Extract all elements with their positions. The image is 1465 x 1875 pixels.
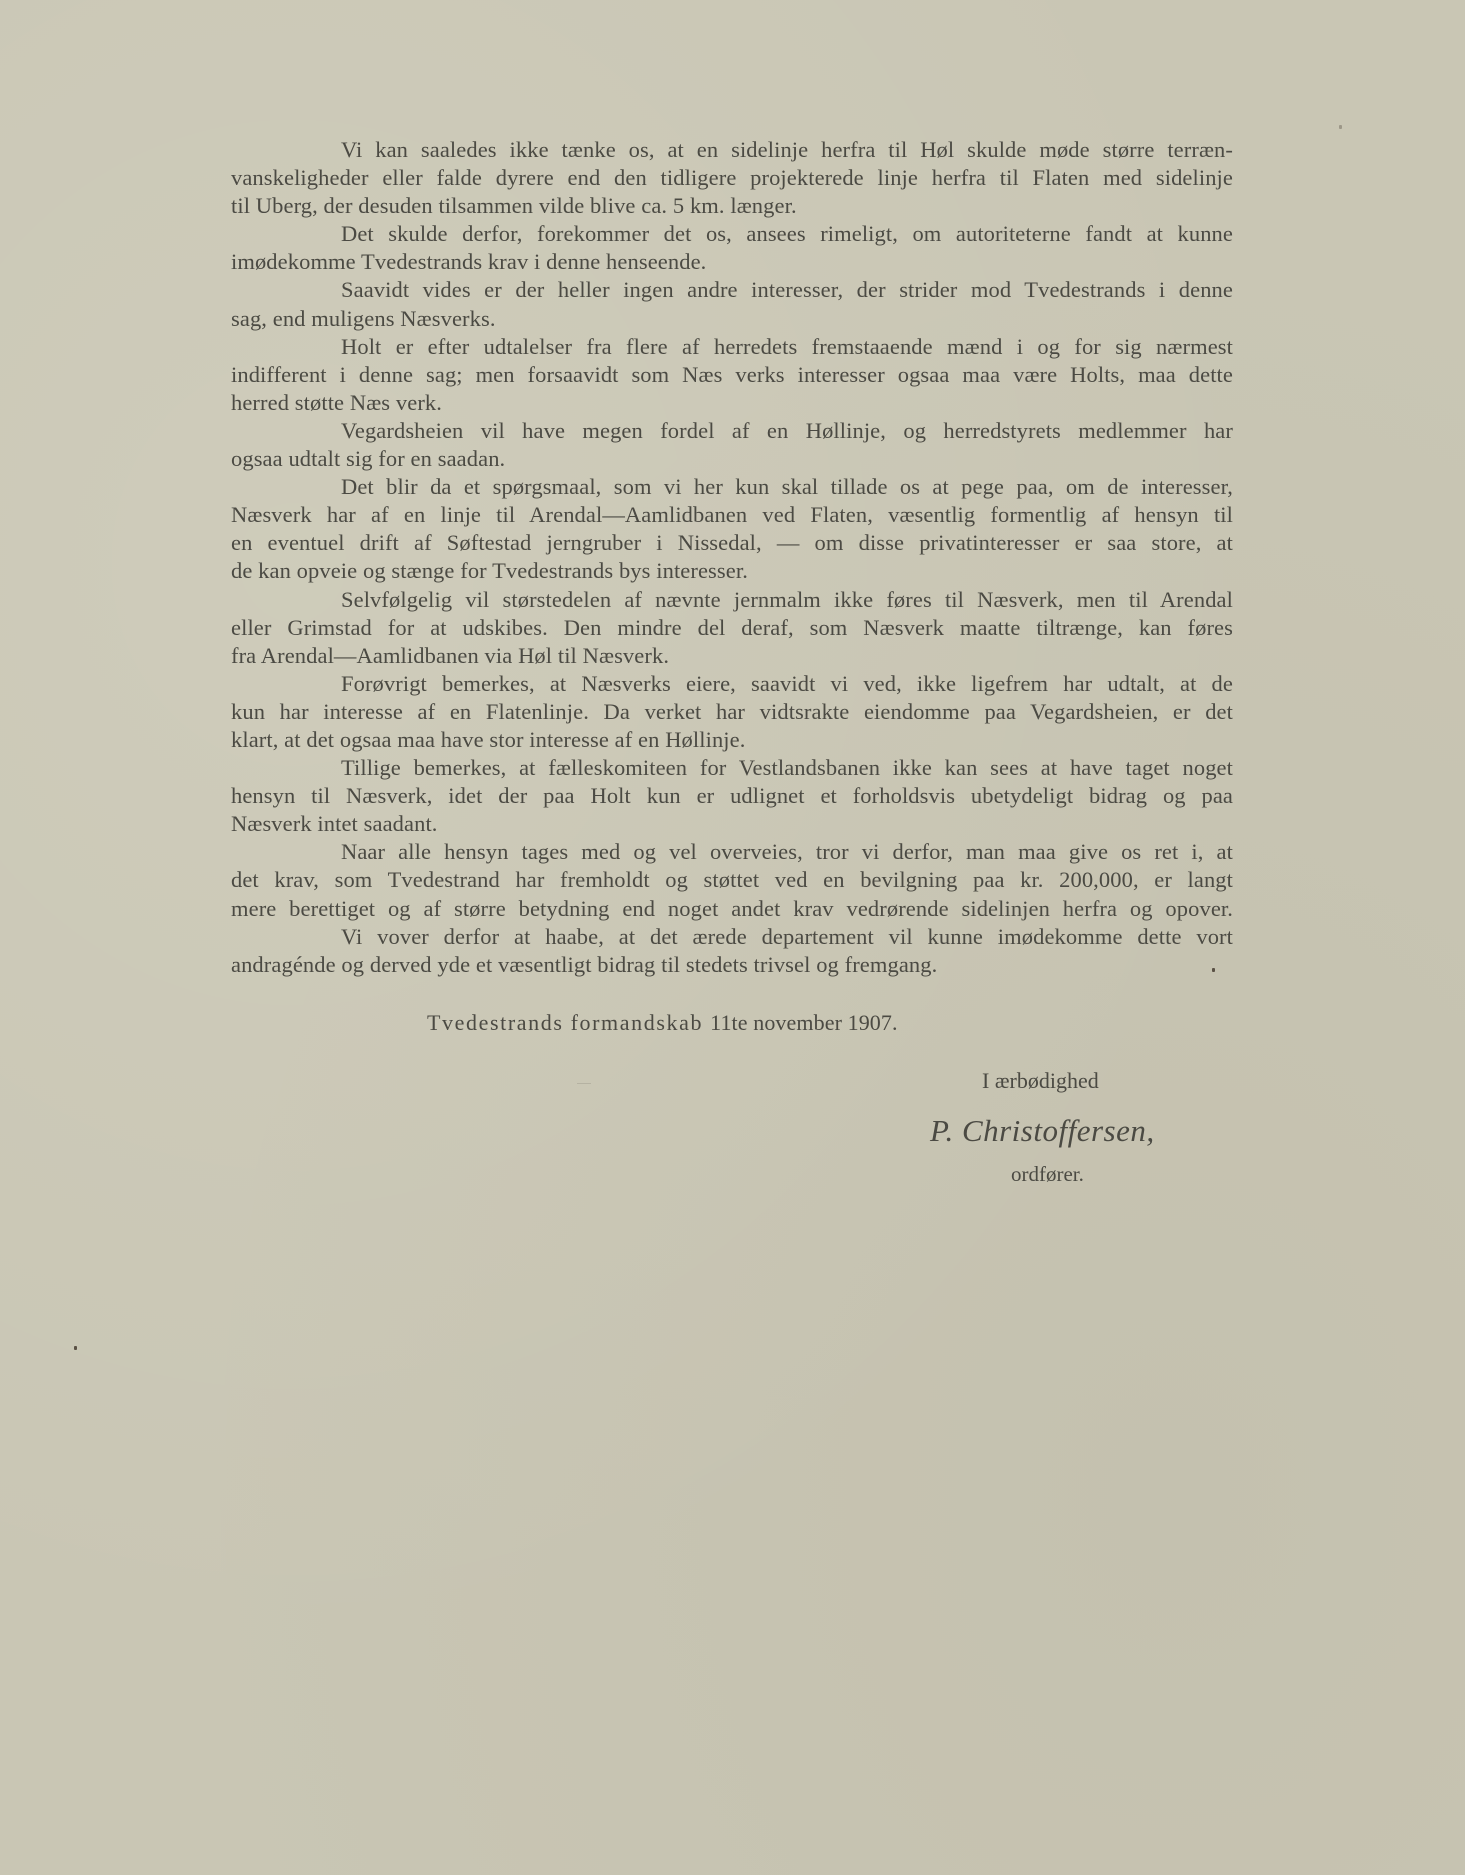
sender-name: Tvedestrands formandskab xyxy=(427,1010,703,1035)
paragraph: Det blir da et spørgsmaal, som vi her ku… xyxy=(231,473,1233,585)
text-line: Tillige bemerkes, at fælleskomiteen for … xyxy=(231,754,1233,782)
letter-body: Vi kan saaledes ikke tænke os, at en sid… xyxy=(231,136,1233,979)
text-line: til Uberg, der desuden tilsammen vilde b… xyxy=(231,192,1233,220)
dateline: Tvedestrands formandskab 11te november 1… xyxy=(427,1010,898,1036)
text-line: Selvfølgelig vil størstedelen af nævnte … xyxy=(231,586,1233,614)
paragraph: Holt er efter udtalelser fra flere af he… xyxy=(231,333,1233,417)
text-line: sag, end muligens Næsverks. xyxy=(231,305,1233,333)
text-line: Næsverk intet saadant. xyxy=(231,810,1233,838)
text-line: Det skulde derfor, forekommer det os, an… xyxy=(231,220,1233,248)
text-line: indifferent i denne sag; men forsaavidt … xyxy=(231,361,1233,389)
signatory-role: ordfører. xyxy=(1011,1162,1084,1187)
text-line: herred støtte Næs verk. xyxy=(231,389,1233,417)
text-line: klart, at det ogsaa maa have stor intere… xyxy=(231,726,1233,754)
letter-date: 11te november 1907. xyxy=(710,1010,897,1035)
text-line: ogsaa udtalt sig for en saadan. xyxy=(231,445,1233,473)
text-line: imødekomme Tvedestrands krav i denne hen… xyxy=(231,248,1233,276)
text-line: Forøvrigt bemerkes, at Næsverks eiere, s… xyxy=(231,670,1233,698)
text-line: Det blir da et spørgsmaal, som vi her ku… xyxy=(231,473,1233,501)
text-line: Naar alle hensyn tages med og vel overve… xyxy=(231,838,1233,866)
paragraph: Saavidt vides er der heller ingen andre … xyxy=(231,276,1233,332)
paper-speck xyxy=(74,1346,77,1350)
text-line: Vi kan saaledes ikke tænke os, at en sid… xyxy=(231,136,1233,164)
closing-salutation: I ærbødighed xyxy=(982,1068,1099,1094)
paragraph: Naar alle hensyn tages med og vel overve… xyxy=(231,838,1233,922)
signature-name: P. Christoffersen, xyxy=(930,1113,1155,1149)
paragraph: Det skulde derfor, forekommer det os, an… xyxy=(231,220,1233,276)
paper-speck xyxy=(1339,125,1342,129)
paper-speck xyxy=(1212,968,1215,972)
text-line: kun har interesse af en Flatenlinje. Da … xyxy=(231,698,1233,726)
paragraph: Forøvrigt bemerkes, at Næsverks eiere, s… xyxy=(231,670,1233,754)
text-line: Næsverk har af en linje til Arendal—Aaml… xyxy=(231,501,1233,529)
paragraph: Vegardsheien vil have megen fordel af en… xyxy=(231,417,1233,473)
text-line: andragénde og derved yde et væsentligt b… xyxy=(231,951,1233,979)
text-line: Holt er efter udtalelser fra flere af he… xyxy=(231,333,1233,361)
paragraph: Tillige bemerkes, at fælleskomiteen for … xyxy=(231,754,1233,838)
text-line: Saavidt vides er der heller ingen andre … xyxy=(231,276,1233,304)
text-line: Vegardsheien vil have megen fordel af en… xyxy=(231,417,1233,445)
text-line: mere berettiget og af større betydning e… xyxy=(231,895,1233,923)
paper-mark xyxy=(577,1083,591,1084)
text-line: eller Grimstad for at udskibes. Den mind… xyxy=(231,614,1233,642)
text-line: fra Arendal—Aamlidbanen via Høl til Næsv… xyxy=(231,642,1233,670)
text-line: de kan opveie og stænge for Tvedestrands… xyxy=(231,557,1233,585)
paragraph: Vi kan saaledes ikke tænke os, at en sid… xyxy=(231,136,1233,220)
text-line: vanskeligheder eller falde dyrere end de… xyxy=(231,164,1233,192)
paragraph: Vi vover derfor at haabe, at det ærede d… xyxy=(231,923,1233,979)
text-line: en eventuel drift af Søftestad jerngrube… xyxy=(231,529,1233,557)
text-line: det krav, som Tvedestrand har fremholdt … xyxy=(231,866,1233,894)
text-line: hensyn til Næsverk, idet der paa Holt ku… xyxy=(231,782,1233,810)
paragraph: Selvfølgelig vil størstedelen af nævnte … xyxy=(231,586,1233,670)
text-line: Vi vover derfor at haabe, at det ærede d… xyxy=(231,923,1233,951)
scanned-letter-page: Vi kan saaledes ikke tænke os, at en sid… xyxy=(0,0,1465,1875)
